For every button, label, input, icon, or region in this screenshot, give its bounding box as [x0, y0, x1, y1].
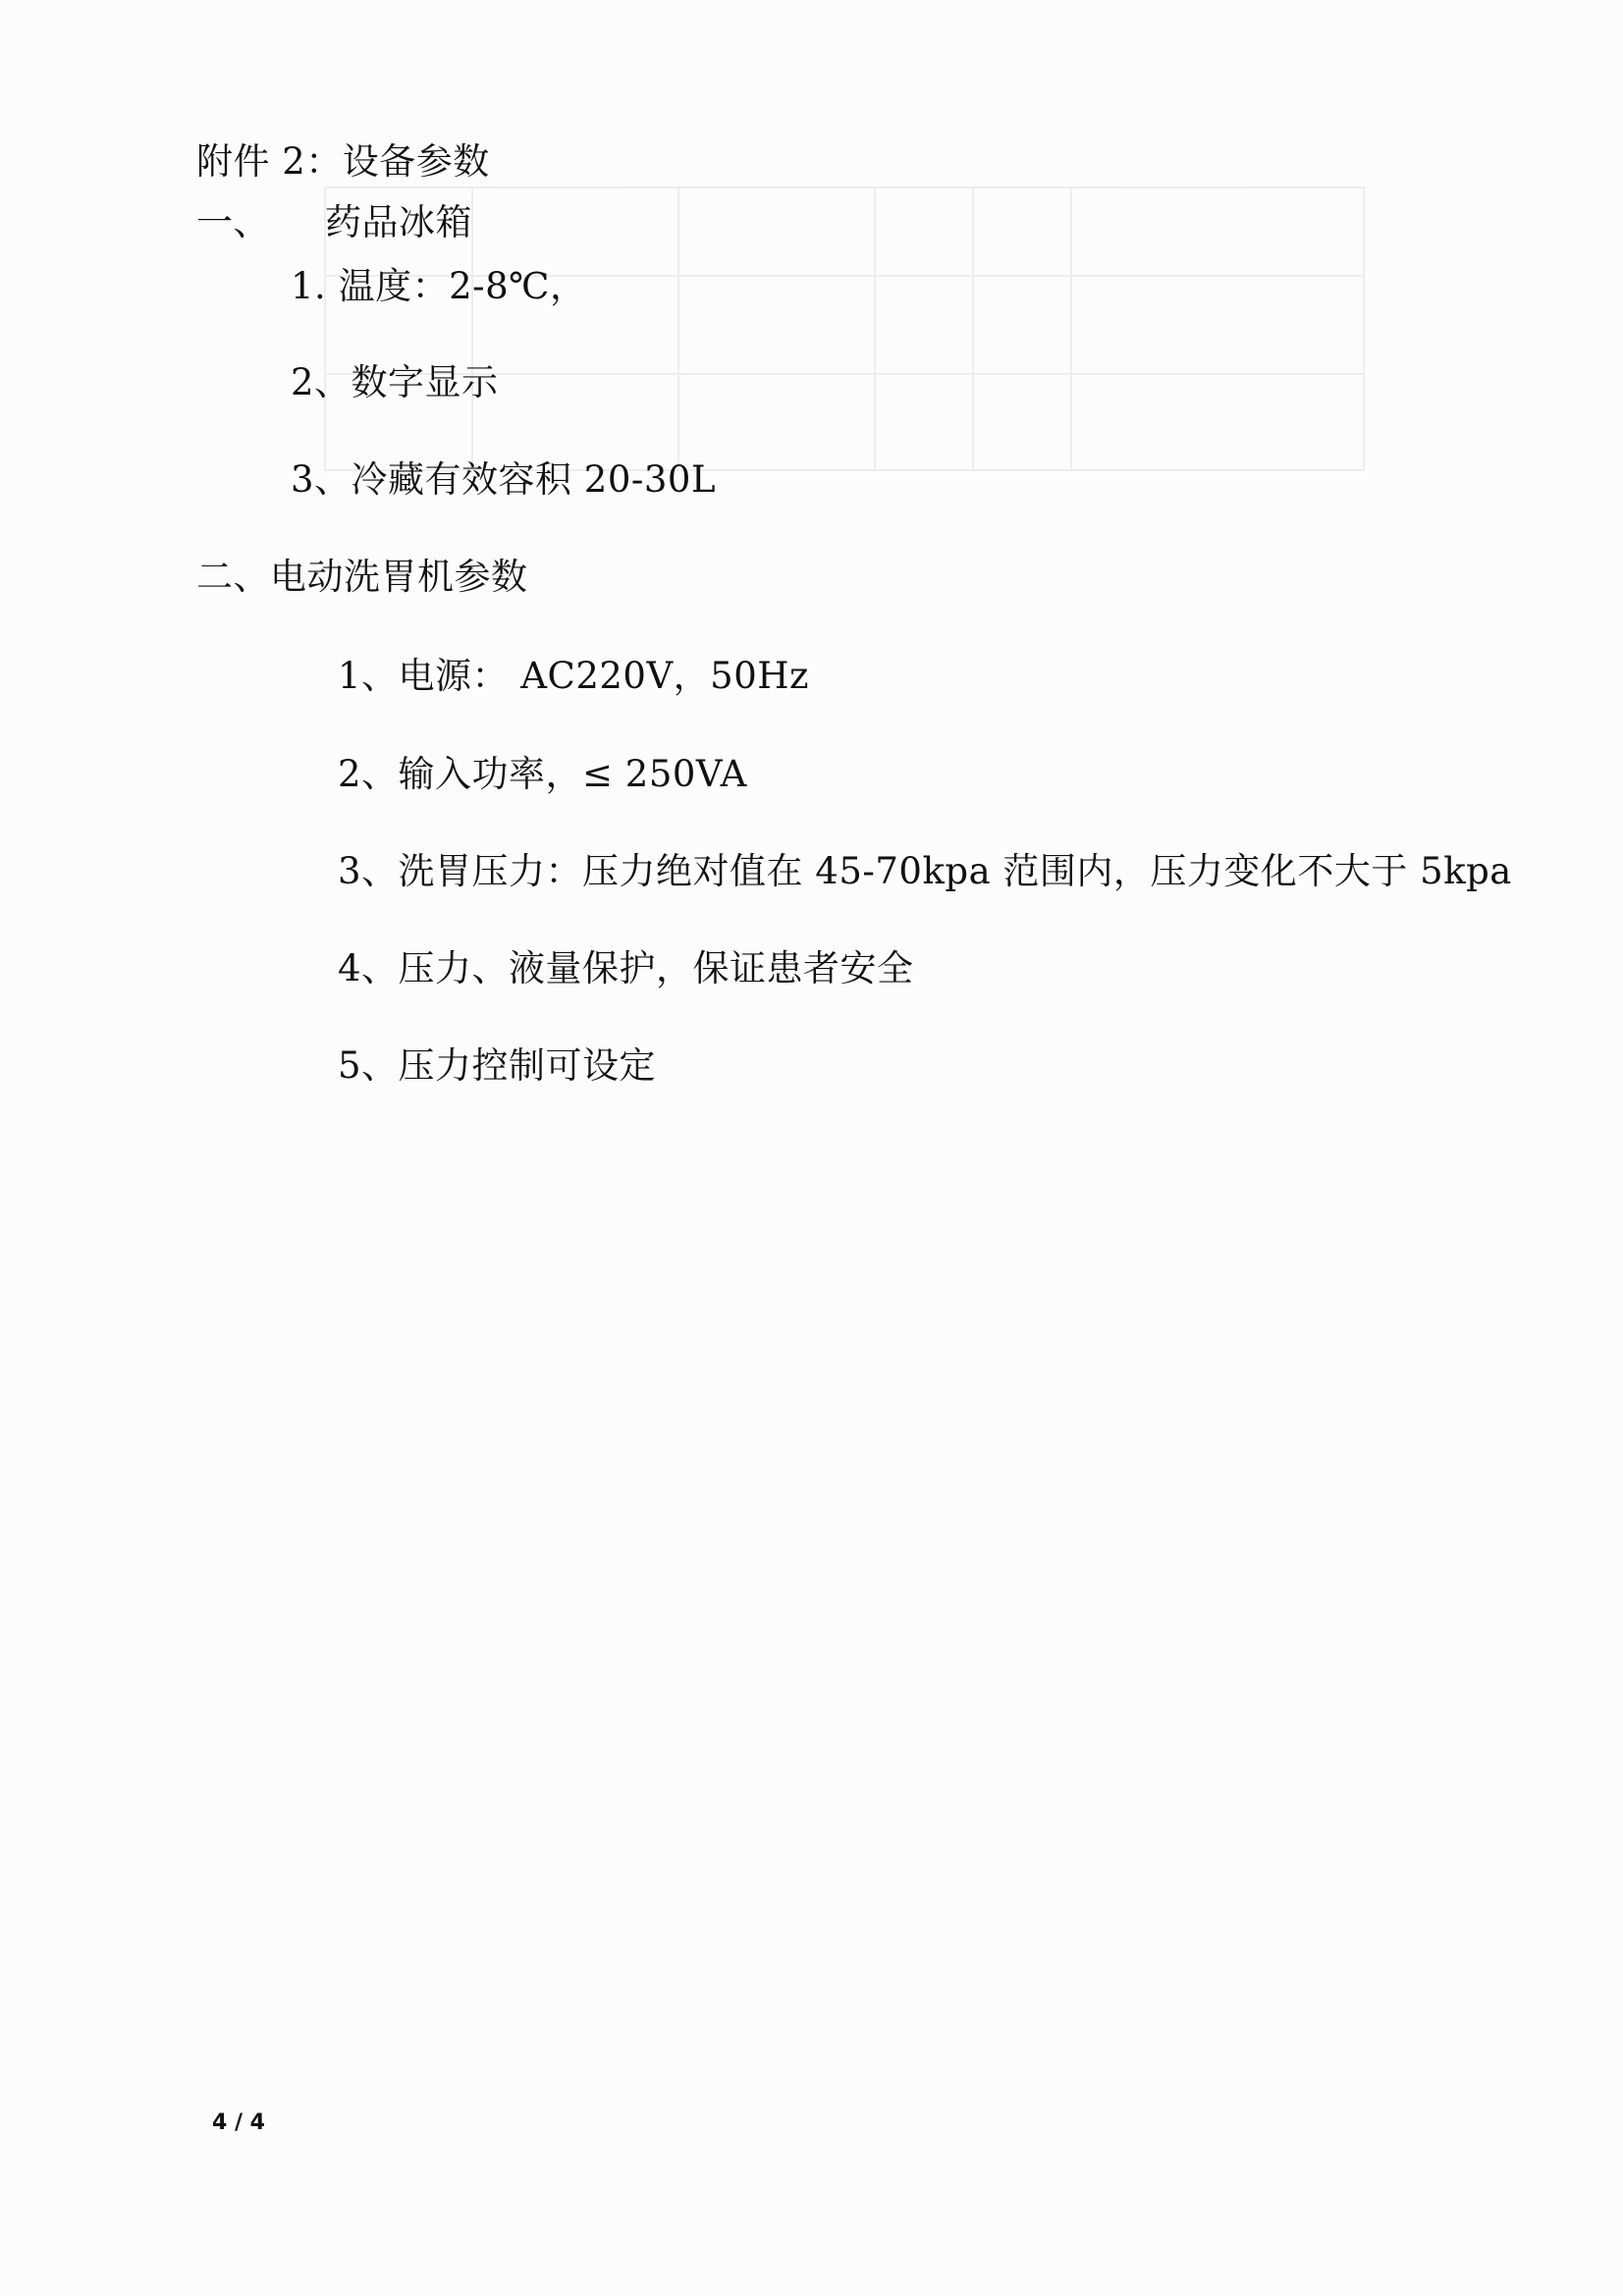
list-item: 3、洗胃压力：压力绝对值在 45-70kpa 范围内，压力变化不大于 5kpa: [338, 850, 1512, 893]
list-item: 2、数字显示: [291, 361, 499, 404]
section-heading-1: 一、药品冰箱: [196, 201, 472, 244]
page-number: 4 / 4: [212, 2110, 265, 2135]
section-marker: 一、: [196, 201, 270, 244]
section-heading-2: 二、电动洗胃机参数: [196, 556, 528, 599]
list-item: 1、电源： AC220V，50Hz: [338, 655, 809, 698]
section-marker: 二、: [196, 556, 270, 599]
section-heading-text: 电动洗胃机参数: [270, 556, 528, 598]
list-item: 4、压力、液量保护，保证患者安全: [338, 947, 914, 990]
page-title: 附件 2：设备参数: [196, 140, 490, 184]
reverse-side-bleedthrough: [324, 187, 1365, 471]
section-heading-text: 药品冰箱: [325, 201, 472, 243]
list-item: 1. 温度：2-8℃，: [291, 265, 587, 308]
list-item: 3、冷藏有效容积 20-30L: [291, 458, 716, 502]
list-item: 5、压力控制可设定: [338, 1044, 656, 1088]
list-item: 2、输入功率，≤ 250VA: [338, 753, 747, 796]
